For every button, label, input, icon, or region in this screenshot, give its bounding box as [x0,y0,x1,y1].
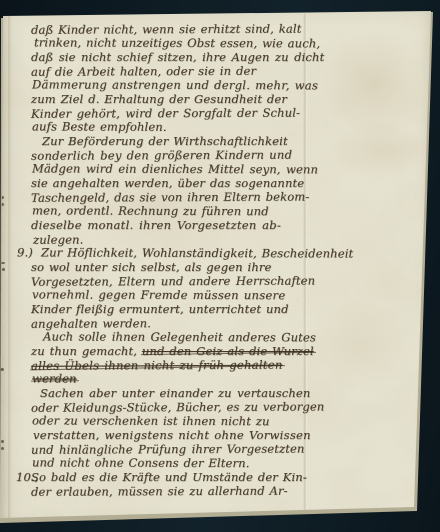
handwritten-text: sie angehalten werden, über das sogenann… [31,176,304,190]
manuscript-text: daß Kinder nicht, wenn sie erhitzt sind,… [31,22,383,498]
manuscript-line: angehalten werden. [31,315,383,331]
manuscript-line: men, ordentl. Rechnung zu führen und [32,203,384,218]
manuscript-line: und hinlängliche Prüfung ihrer Vorgesetz… [31,441,383,457]
handwritten-text: daß Kinder nicht, wenn sie erhitzt sind,… [31,22,302,37]
handwritten-text: so wol unter sich selbst, als gegen ihre [31,260,272,274]
handwritten-text: und nicht ohne Consens der Eltern. [32,455,250,470]
handwritten-text: Sachen aber unter einander zu vertausche… [40,386,310,400]
left-edge-fold [8,15,12,519]
margin-ink-mark [2,268,5,271]
manuscript-line: der erlauben, müssen sie zu allerhand Ar… [31,483,383,499]
manuscript-line: trinken, nicht unzeitiges Obst essen, wi… [34,35,384,50]
handwritten-text: vornehml. gegen Fremde müssen unsere [32,287,286,302]
item-number: 9.) [17,245,33,259]
handwritten-text: verstatten, wenigstens nicht ohne Vorwis… [33,428,311,442]
manuscript-line: so wol unter sich selbst, als gegen ihre [31,260,383,274]
handwritten-text: dieselbe monatl. ihren Vorgesetzten ab- [31,218,281,232]
handwritten-text: oder Kleidungs-Stücke, Bücher, es zu ver… [31,399,324,414]
manuscript-line: auf die Arbeit halten, oder sie in der [31,63,383,79]
handwritten-text: Kinder fleißig ermuntert, unterrichtet u… [31,302,289,316]
manuscript-line: Zur Beförderung der Wirthschaftlichkeit [33,134,383,148]
struck-text: und den Geiz als die Wurzel [142,344,314,358]
manuscript-line: aufs Beste empfohlen. [32,119,384,134]
manuscript-line: Mädgen wird ein dienliches Mittel seyn, … [32,161,384,176]
handwritten-text: zum Ziel d. Erhaltung der Gesundheit der [31,92,287,106]
handwritten-text: daß sie nicht schief sitzen, ihre Augen … [31,50,324,64]
handwritten-text: Zur Höflichkeit, Wohlanständigkeit, Besc… [41,245,353,260]
margin-ink-mark [1,440,4,443]
manuscript-line: verstatten, wenigstens nicht ohne Vorwis… [33,428,383,442]
handwritten-text: zu thun gemacht, [31,344,142,358]
handwritten-text: Mädgen wird ein dienliches Mittel seyn, … [32,161,318,176]
manuscript-line: Taschengeld, das sie von ihren Eltern be… [31,189,383,205]
manuscript-line: 10.,So bald es die Kräfte und Umstände d… [31,470,383,484]
manuscript-line: Vorgesetzten, Eltern und andere Herrscha… [31,273,383,289]
handwritten-text: Dämmerung anstrengen und dergl. mehr, wa… [32,77,318,92]
manuscript-line: dieselbe monatl. ihren Vorgesetzten ab- [31,218,383,232]
manuscript-line: Auch solle ihnen Gelegenheit anderes Gut… [34,329,384,344]
item-number: 10., [16,470,39,484]
struck-text: alles Übels ihnen nicht zu früh gehalten [31,358,283,373]
manuscript-line: oder zu verschenken ist ihnen nicht zu [32,413,384,428]
handwritten-text: Vorgesetzten, Eltern und andere Herrscha… [31,274,315,289]
handwritten-text: trinken, nicht unzeitiges Obst essen, wi… [34,35,320,50]
handwritten-text: sonderlich bey den größeren Kindern und [31,148,292,163]
manuscript-line: vornehml. gegen Fremde müssen unsere [32,287,384,302]
manuscript-line: Kinder gehört, wird der Sorgfalt der Sch… [31,105,383,121]
manuscript-line: zulegen. [33,231,383,247]
handwritten-text: der erlauben, müssen sie zu allerhand Ar… [31,484,288,499]
margin-ink-mark [1,447,4,450]
handwritten-text: Zur Beförderung der Wirthschaftlichkeit [42,134,288,148]
handwritten-text: und hinlängliche Prüfung ihrer Vorgesetz… [31,442,305,457]
handwritten-text: aufs Beste empfohlen. [32,119,167,133]
handwritten-text: men, ordentl. Rechnung zu führen und [32,203,269,218]
manuscript-line: sie angehalten werden, über das sogenann… [31,176,383,190]
manuscript-line: werden [32,371,384,386]
handwritten-text: Auch solle ihnen Gelegenheit anderes Gut… [43,329,316,344]
manuscript-line: oder Kleidungs-Stücke, Bücher, es zu ver… [31,399,383,415]
struck-text: werden [32,371,77,385]
manuscript-line: Sachen aber unter einander zu vertausche… [31,386,383,400]
handwritten-text: So bald es die Kräfte und Umstände der K… [31,470,307,484]
manuscript-line: daß Kinder nicht, wenn sie erhitzt sind,… [31,21,383,37]
handwritten-text: oder zu verschenken ist ihnen nicht zu [32,413,270,428]
manuscript-line: und nicht ohne Consens der Eltern. [32,455,384,470]
manuscript-line: 9.)Zur Höflichkeit, Wohlanständigkeit, B… [32,245,384,260]
handwritten-text: Kinder gehört, wird der Sorgfalt der Sch… [31,106,300,121]
manuscript-line: zu thun gemacht, und den Geiz als die Wu… [31,344,383,358]
manuscript-line: daß sie nicht schief sitzen, ihre Augen … [31,50,383,64]
manuscript-line: alles Übels ihnen nicht zu früh gehalten [31,357,383,373]
manuscript-line: Kinder fleißig ermuntert, unterrichtet u… [31,302,383,316]
manuscript-page: daß Kinder nicht, wenn sie erhitzt sind,… [0,0,440,532]
scanned-manuscript: daß Kinder nicht, wenn sie erhitzt sind,… [0,0,440,532]
manuscript-line: sonderlich bey den größeren Kindern und [31,147,383,163]
manuscript-line: zum Ziel d. Erhaltung der Gesundheit der [31,92,383,106]
manuscript-line: Dämmerung anstrengen und dergl. mehr, wa… [32,77,384,92]
handwritten-text: Taschengeld, das sie von ihren Eltern be… [31,190,309,205]
